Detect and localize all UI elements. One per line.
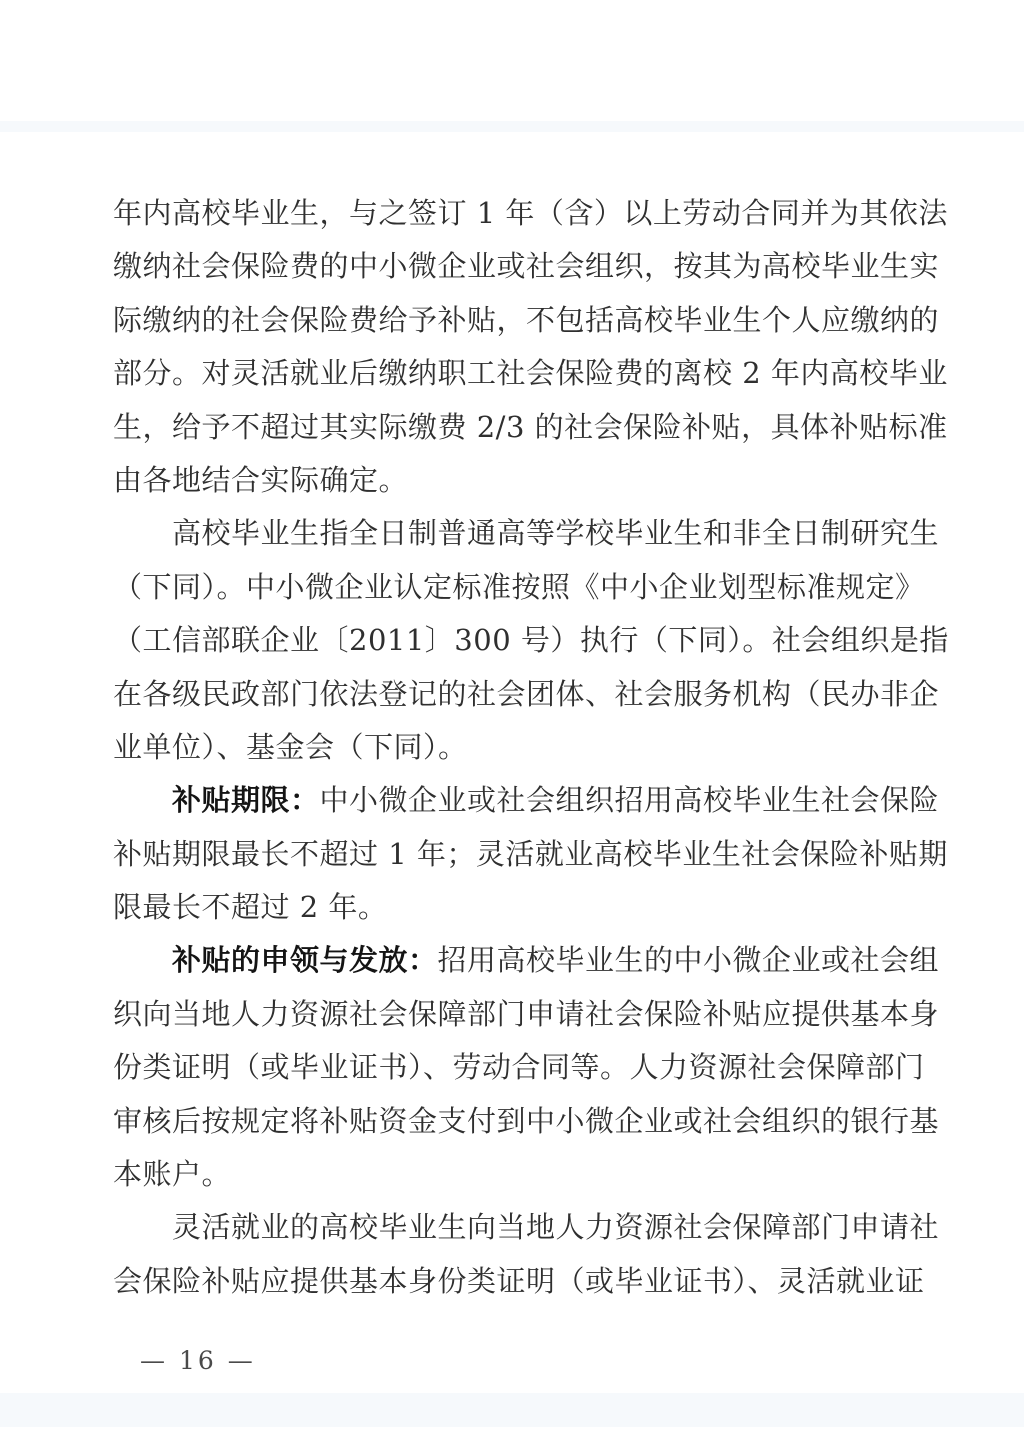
text-line: 部分。对灵活就业后缴纳职工社会保险费的离校 2 年内高校毕业 <box>113 347 895 400</box>
text-line: （工信部联企业〔2011〕300 号）执行（下同）。社会组织是指 <box>113 614 895 667</box>
scan-artifact-band-bottom <box>0 1393 1024 1427</box>
text-line: 补贴期限最长不超过 1 年；灵活就业高校毕业生社会保险补贴期 <box>113 828 895 881</box>
text-line: 补贴期限：中小微企业或社会组织招用高校毕业生社会保险 <box>113 774 895 827</box>
text-line: 本账户。 <box>113 1148 895 1201</box>
page-number: — 16 — <box>140 1346 256 1376</box>
text-line: 在各级民政部门依法登记的社会团体、社会服务机构（民办非企 <box>113 668 895 721</box>
text-line: 业单位）、基金会（下同）。 <box>113 721 895 774</box>
text-line: 际缴纳的社会保险费给予补贴，不包括高校毕业生个人应缴纳的 <box>113 294 895 347</box>
text-line: 份类证明（或毕业证书）、劳动合同等。人力资源社会保障部门 <box>113 1041 895 1094</box>
text-line: 限最长不超过 2 年。 <box>113 881 895 934</box>
text-line: 审核后按规定将补贴资金支付到中小微企业或社会组织的银行基 <box>113 1095 895 1148</box>
document-page: 年内高校毕业生，与之签订 1 年（含）以上劳动合同并为其依法 缴纳社会保险费的中… <box>0 0 1024 1447</box>
text-line: 高校毕业生指全日制普通高等学校毕业生和非全日制研究生 <box>113 507 895 560</box>
text-line: 会保险补贴应提供基本身份类证明（或毕业证书）、灵活就业证 <box>113 1255 895 1308</box>
line-text: 中小微企业或社会组织招用高校毕业生社会保险 <box>320 783 940 817</box>
text-line: （下同）。中小微企业认定标准按照《中小企业划型标准规定》 <box>113 561 895 614</box>
text-line: 缴纳社会保险费的中小微企业或社会组织，按其为高校毕业生实 <box>113 240 895 293</box>
text-line: 年内高校毕业生，与之签订 1 年（含）以上劳动合同并为其依法 <box>113 187 895 240</box>
paragraph-lead-label: 补贴期限： <box>172 783 320 817</box>
line-text: 招用高校毕业生的中小微企业或社会组 <box>438 943 940 977</box>
text-line: 由各地结合实际确定。 <box>113 454 895 507</box>
text-line: 生，给予不超过其实际缴费 2/3 的社会保险补贴，具体补贴标准 <box>113 401 895 454</box>
scan-artifact-band-top <box>0 121 1024 132</box>
text-line: 灵活就业的高校毕业生向当地人力资源社会保障部门申请社 <box>113 1201 895 1254</box>
text-line: 补贴的申领与发放：招用高校毕业生的中小微企业或社会组 <box>113 934 895 987</box>
paragraph-lead-label: 补贴的申领与发放： <box>172 943 438 977</box>
document-text-block: 年内高校毕业生，与之签订 1 年（含）以上劳动合同并为其依法 缴纳社会保险费的中… <box>113 187 895 1308</box>
text-line: 织向当地人力资源社会保障部门申请社会保险补贴应提供基本身 <box>113 988 895 1041</box>
